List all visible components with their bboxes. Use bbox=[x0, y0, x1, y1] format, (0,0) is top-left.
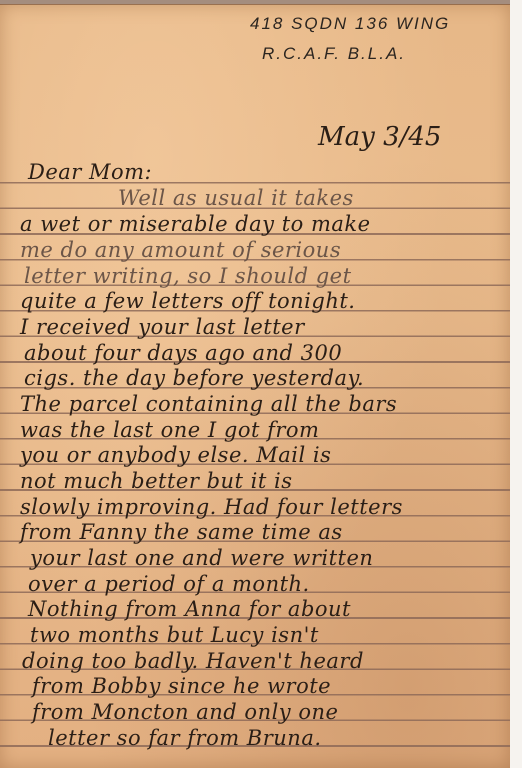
paper-top-edge bbox=[0, 0, 510, 5]
body-line-4: letter writing, so I should get bbox=[24, 264, 352, 288]
body-line-11: you or anybody else. Mail is bbox=[20, 443, 331, 467]
body-line-3: me do any amount of serious bbox=[20, 238, 341, 262]
body-line-10: was the last one I got from bbox=[20, 418, 319, 442]
body-line-6: I received your last letter bbox=[20, 315, 305, 339]
body-line-20: from Bobby since he wrote bbox=[32, 674, 331, 698]
return-address-line-1: 418 SQDN 136 WING bbox=[250, 14, 450, 34]
body-line-5: quite a few letters off tonight. bbox=[20, 289, 355, 313]
body-line-1: Well as usual it takes bbox=[118, 186, 354, 210]
body-line-12: not much better but it is bbox=[20, 469, 292, 493]
body-line-9: The parcel containing all the bars bbox=[20, 392, 397, 416]
letter-date: May 3/45 bbox=[318, 122, 441, 152]
body-line-22: letter so far from Bruna. bbox=[48, 726, 322, 750]
body-line-16: over a period of a month. bbox=[28, 572, 310, 596]
body-line-8: cigs. the day before yesterday. bbox=[24, 366, 364, 390]
body-line-7: about four days ago and 300 bbox=[24, 341, 342, 365]
body-line-14: from Fanny the same time as bbox=[20, 520, 343, 544]
return-address-line-2: R.C.A.F. B.L.A. bbox=[262, 44, 406, 64]
body-line-15: your last one and were written bbox=[30, 546, 373, 570]
body-line-2: a wet or miserable day to make bbox=[20, 212, 371, 236]
body-line-18: two months but Lucy isn't bbox=[30, 623, 319, 647]
salutation: Dear Mom: bbox=[28, 160, 152, 184]
body-line-17: Nothing from Anna for about bbox=[28, 597, 351, 621]
body-line-19: doing too badly. Haven't heard bbox=[22, 649, 364, 673]
body-line-13: slowly improving. Had four letters bbox=[20, 495, 403, 519]
body-line-21: from Moncton and only one bbox=[32, 700, 338, 724]
